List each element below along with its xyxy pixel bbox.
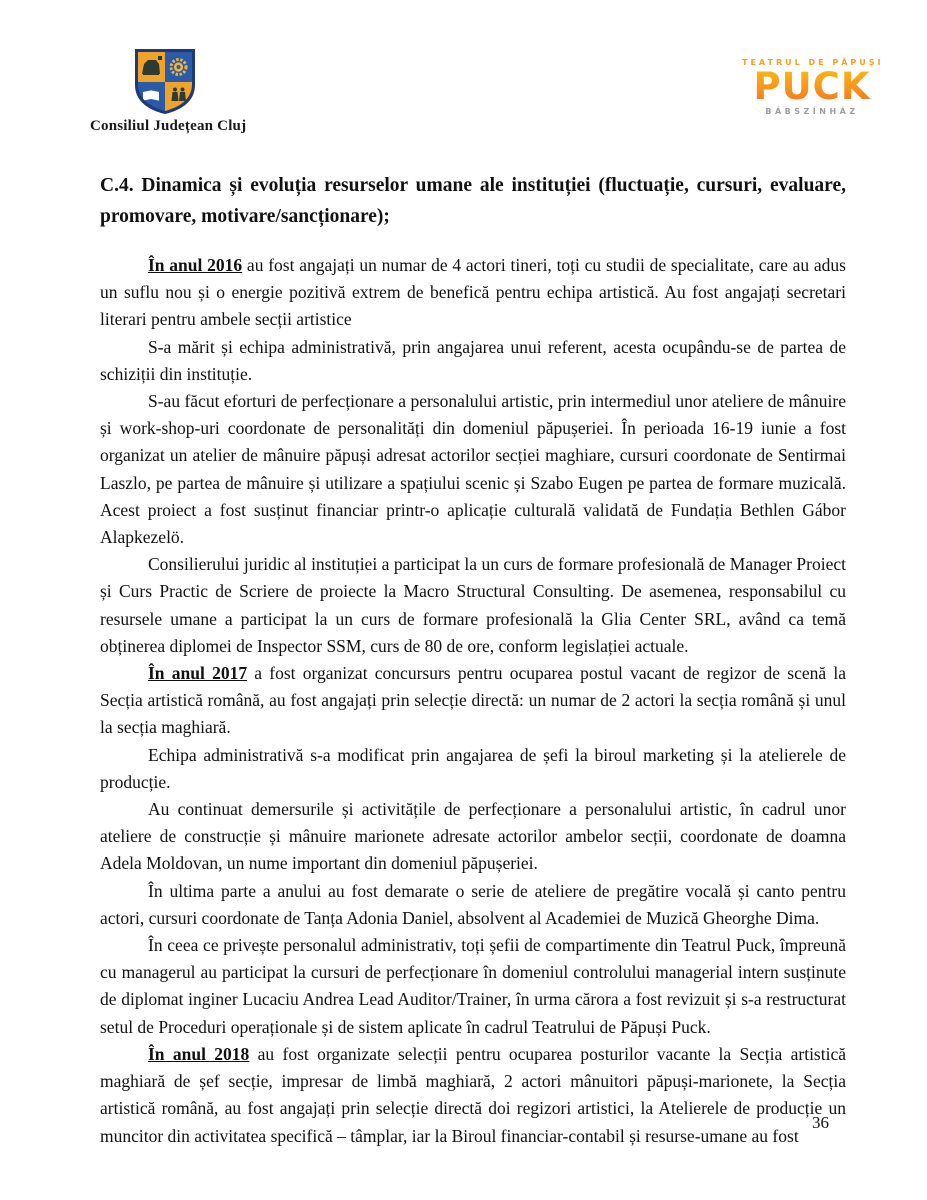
puck-logo-subline: BÁBSZÍNHÁZ	[742, 107, 882, 116]
paragraph-2017: În anul 2017 a fost organizat concursurs…	[100, 660, 846, 742]
paragraph: În ultima parte a anului au fost demarat…	[100, 878, 846, 932]
paragraph-text: Consilierului juridic al instituției a p…	[100, 554, 846, 656]
page-number: 36	[812, 1113, 829, 1133]
paragraph-text: S-au făcut eforturi de perfecționare a p…	[100, 391, 846, 547]
coat-of-arms-icon	[134, 48, 196, 114]
paragraph-2018: În anul 2018 au fost organizate selecții…	[100, 1041, 846, 1150]
year-lead-2016: În anul 2016	[148, 255, 242, 275]
paragraph-text: În ceea ce privește personalul administr…	[100, 935, 846, 1037]
paragraph: În ceea ce privește personalul administr…	[100, 932, 846, 1041]
section-heading: C.4. Dinamica și evoluția resurselor uma…	[100, 170, 846, 232]
paragraph: Au continuat demersurile și activitățile…	[100, 796, 846, 878]
paragraph: S-a mărit și echipa administrativă, prin…	[100, 334, 846, 388]
document-content: C.4. Dinamica și evoluția resurselor uma…	[100, 170, 846, 1150]
paragraph: S-au făcut eforturi de perfecționare a p…	[100, 388, 846, 551]
paragraph-2016: În anul 2016 au fost angajați un numar d…	[100, 252, 846, 334]
puck-logo-wordmark: PUCK	[742, 68, 882, 105]
body-text: În anul 2016 au fost angajați un numar d…	[100, 252, 846, 1150]
paragraph: Consilierului juridic al instituției a p…	[100, 551, 846, 660]
puck-theatre-logo: TEATRUL DE PĂPUȘI PUCK BÁBSZÍNHÁZ	[742, 58, 882, 116]
document-page: Consiliul Județean Cluj TEATRUL DE PĂPUȘ…	[0, 0, 927, 1200]
logo-caption: Consiliul Județean Cluj	[90, 118, 240, 135]
cluj-county-logo: Consiliul Județean Cluj	[90, 48, 240, 135]
paragraph-text: S-a mărit și echipa administrativă, prin…	[100, 337, 846, 384]
paragraph-text: În ultima parte a anului au fost demarat…	[100, 881, 846, 928]
year-lead-2018: În anul 2018	[148, 1044, 249, 1064]
paragraph-text: Au continuat demersurile și activitățile…	[100, 799, 846, 873]
paragraph: Echipa administrativă s-a modificat prin…	[100, 742, 846, 796]
paragraph-text: Echipa administrativă s-a modificat prin…	[100, 745, 846, 792]
year-lead-2017: În anul 2017	[148, 663, 247, 683]
